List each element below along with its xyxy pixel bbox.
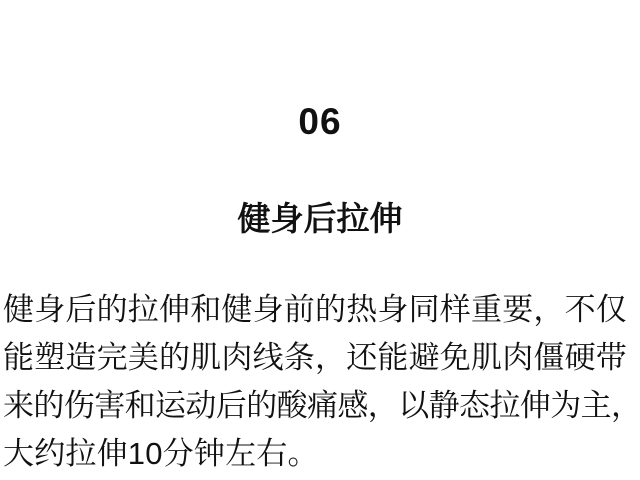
body-line-4: 大约拉伸10分钟左右。: [3, 430, 640, 478]
article-card: 06 健身后拉伸 健身后的拉伸和健身前的热身同样重要，不仅 能塑造完美的肌肉线条…: [0, 0, 640, 480]
body-line-3: 来的伤害和运动后的酸痛感，以静态拉伸为主，: [3, 382, 640, 430]
body-line-1: 健身后的拉伸和健身前的热身同样重要，不仅: [3, 286, 640, 334]
section-number: 06: [0, 102, 640, 142]
section-title: 健身后拉伸: [0, 199, 640, 239]
body-line-2: 能塑造完美的肌肉线条，还能避免肌肉僵硬带: [3, 334, 640, 382]
body-paragraph: 健身后的拉伸和健身前的热身同样重要，不仅 能塑造完美的肌肉线条，还能避免肌肉僵硬…: [3, 286, 640, 478]
